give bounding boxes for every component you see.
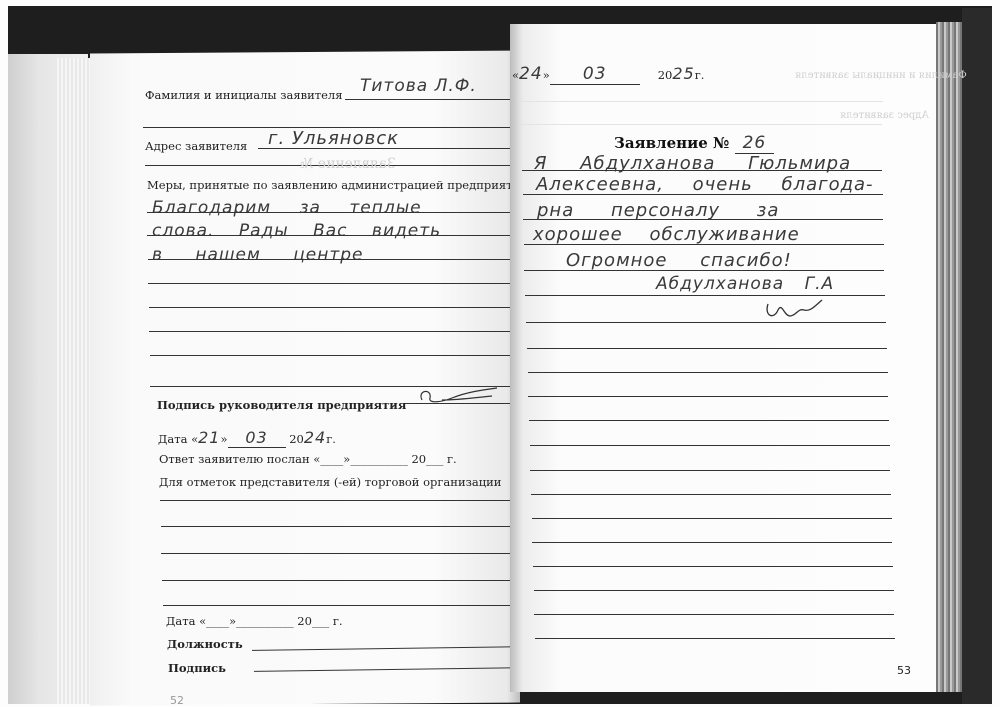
- bleed-through-text: Заявление №: [300, 156, 396, 172]
- applicant-address-value: г. Ульяновск: [268, 128, 399, 149]
- footer-date-label: Дата «____»__________ 20___ г.: [166, 614, 343, 628]
- rule-line: [150, 355, 516, 356]
- measures-line-3: в нашем центре: [152, 245, 364, 265]
- rule-line: [163, 605, 525, 606]
- trade-org-label: Для отметок представителя (-ей) торговой…: [159, 475, 501, 489]
- page-number-right: 53: [897, 664, 911, 677]
- applicant-name-label: Фамилия и инициалы заявителя: [145, 88, 343, 102]
- rule-line: [533, 566, 893, 567]
- rule-line: [526, 322, 886, 323]
- rule-line: [532, 542, 892, 543]
- rule-line: [534, 590, 894, 591]
- rule-line: [527, 348, 887, 349]
- statement-number: 26: [735, 133, 775, 154]
- rule-line: [148, 259, 514, 260]
- rule-line: [147, 235, 513, 236]
- date-day: 21: [198, 428, 220, 447]
- measures-line-1: Благодарим за теплые: [152, 198, 422, 218]
- page-number-left: 52: [170, 694, 184, 707]
- bleed-through-text: Адрес заявителя: [840, 110, 929, 121]
- statement-line-4: хорошее обслуживание: [533, 224, 800, 245]
- applicant-signature-name: Абдулханова Г.А: [656, 274, 834, 294]
- rule-line: [149, 307, 515, 308]
- applicant-address-label: Адрес заявителя: [145, 139, 247, 153]
- faint-rule: [518, 101, 883, 102]
- statement-title: Заявление № 26: [614, 133, 774, 153]
- applicant-name-underline: [345, 99, 510, 100]
- rule-line: [160, 500, 522, 501]
- statement-date-suffix: г.: [695, 68, 705, 82]
- rule-line: [528, 372, 888, 373]
- manager-signature: [412, 380, 502, 410]
- rule-line: [524, 244, 884, 245]
- rule-line: [532, 518, 892, 519]
- rule-line: [149, 331, 515, 332]
- rule-line: [522, 170, 882, 171]
- statement-date-year-suffix: 25: [672, 64, 694, 83]
- manager-date: Дата «21»03 2024г.: [158, 428, 336, 448]
- signature-label: Подпись: [168, 661, 226, 675]
- applicant-name-value: Титова Л.Ф.: [360, 76, 477, 96]
- rule-line: [525, 295, 885, 296]
- statement-date-month: 03: [583, 64, 607, 84]
- measures-label: Меры, принятые по заявлению администраци…: [147, 178, 531, 192]
- rule-line: [524, 270, 884, 271]
- faint-rule: [520, 124, 882, 125]
- rule-line: [148, 283, 514, 284]
- statement-line-5: Огромное спасибо!: [566, 250, 792, 271]
- reply-sent-label: Ответ заявителю послан «____»__________ …: [159, 452, 457, 466]
- rule-line: [534, 614, 894, 615]
- rule-line: [529, 420, 889, 421]
- page-edges-right: [936, 22, 962, 692]
- position-label: Должность: [167, 637, 243, 651]
- manager-signature-underline: [405, 403, 517, 404]
- applicant-signature: [760, 296, 830, 324]
- rule-line: [530, 470, 890, 471]
- measures-line-2: слова. Рады Вас видеть: [152, 221, 441, 241]
- statement-date-day: 24: [519, 64, 543, 84]
- rule-line: [147, 212, 513, 213]
- statement-line-3: рна персоналу за: [537, 200, 779, 221]
- date-year-prefix: 20: [289, 432, 304, 446]
- rule-line: [535, 638, 895, 639]
- rule-line: [523, 194, 883, 195]
- applicant-address-underline: [258, 148, 511, 149]
- statement-line-2: Алексеевна, очень благода-: [536, 174, 874, 195]
- date-suffix: г.: [326, 432, 336, 446]
- statement-date: «24»032025г.: [512, 64, 704, 85]
- statement-date-year-prefix: 20: [658, 68, 673, 82]
- rule-line: [531, 494, 891, 495]
- statement-title-label: Заявление №: [614, 134, 729, 152]
- rule-line: [161, 553, 523, 554]
- book-cover-right: [962, 8, 992, 704]
- manager-signature-label: Подпись руководителя предприятия: [157, 398, 406, 412]
- date-prefix: Дата «: [158, 432, 198, 446]
- rule-line: [530, 445, 890, 446]
- rule-line: [161, 526, 523, 527]
- bleed-through-text: Фамилия и инициалы заявителя: [795, 70, 967, 81]
- date-month: 03: [245, 428, 267, 447]
- rule-line: [162, 580, 524, 581]
- date-year-suffix: 24: [304, 428, 326, 447]
- rule-line: [528, 396, 888, 397]
- rule-line: [523, 219, 883, 220]
